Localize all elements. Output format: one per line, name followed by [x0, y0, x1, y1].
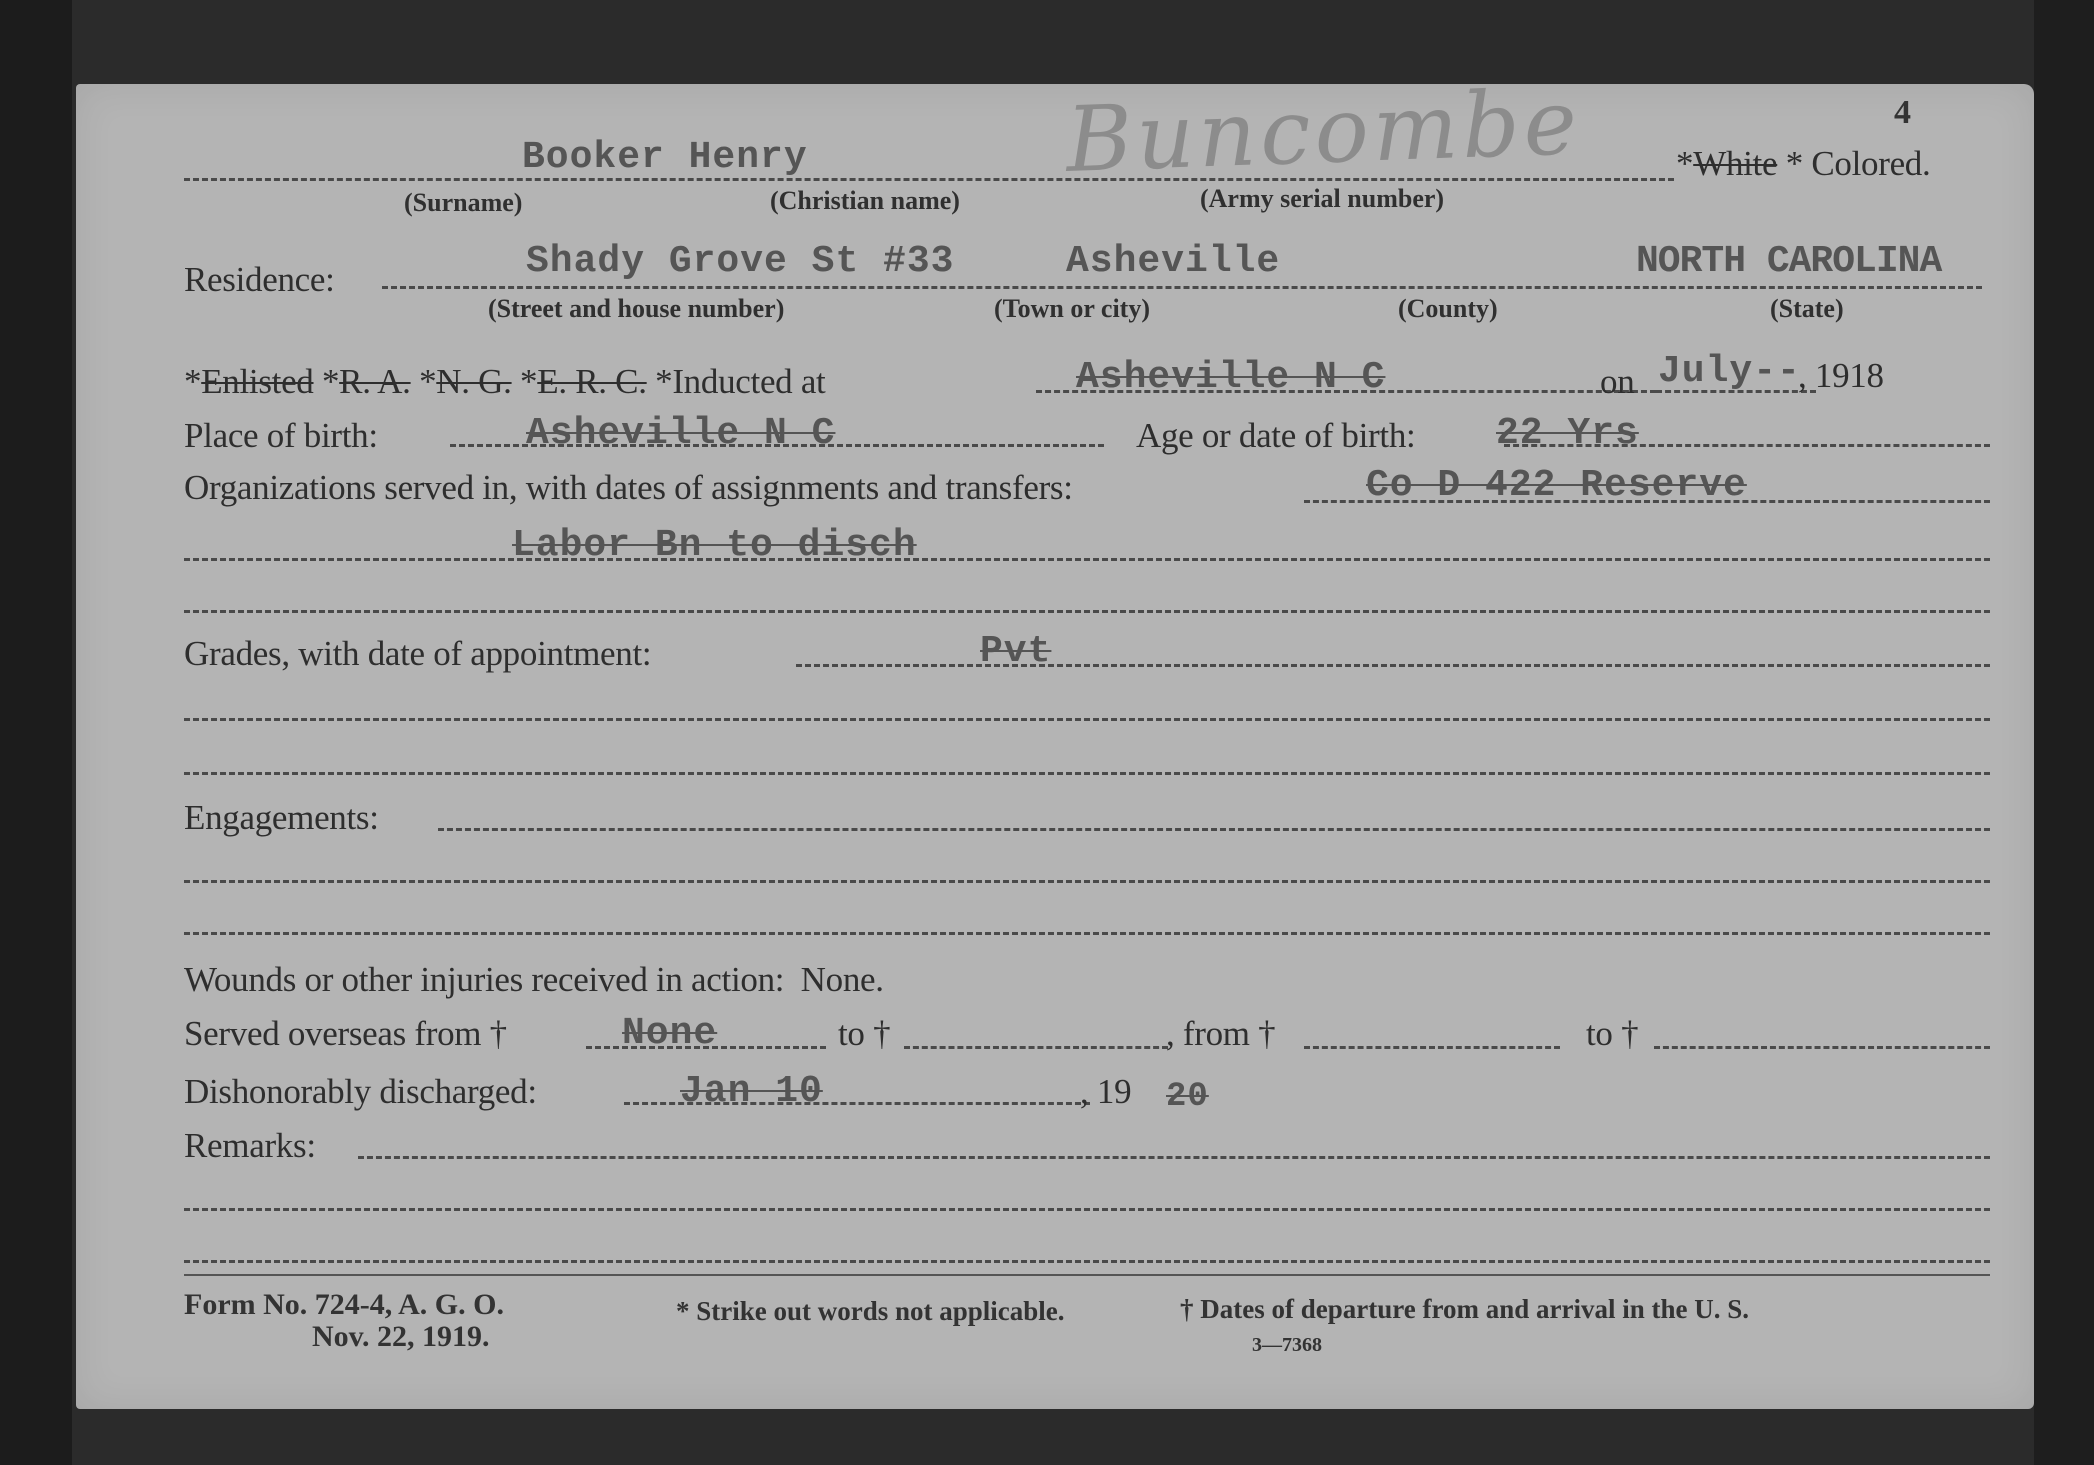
surname-caption: (Surname): [404, 188, 522, 218]
print-code: 3—7368: [1252, 1334, 1322, 1357]
enlistment-options: *Enlisted *R. A. *N. G. *E. R. C. *Induc…: [184, 362, 825, 402]
card-number: 4: [1894, 94, 1911, 132]
place-of-birth-label: Place of birth:: [184, 416, 378, 456]
grades-line1: [796, 664, 1990, 667]
town-caption: (Town or city): [994, 294, 1150, 324]
footer-rule: [184, 1274, 1990, 1276]
remarks-line3: [184, 1260, 1990, 1263]
overseas-from-line: [586, 1046, 826, 1049]
wounds-value: None.: [801, 960, 884, 999]
age-value: 22 Yrs: [1496, 412, 1639, 455]
race-white-struck: White: [1693, 144, 1777, 183]
form-date: Nov. 22, 1919.: [312, 1320, 490, 1354]
scan-right-border: [2034, 0, 2094, 1465]
state-caption: (State): [1770, 294, 1844, 324]
serial-number-caption: (Army serial number): [1200, 184, 1444, 214]
organizations-line1-rule: [1304, 500, 1990, 503]
street-caption: (Street and house number): [488, 294, 784, 324]
grades-line3: [184, 772, 1990, 775]
inducted-line: [1036, 390, 1656, 393]
remarks-line1: [358, 1156, 1990, 1159]
discharge-year-suffix: 20: [1166, 1078, 1209, 1116]
overseas-to-line: [904, 1046, 1168, 1049]
age-line: [1504, 444, 1990, 447]
discharge-year-prefix: , 19: [1080, 1072, 1131, 1112]
race-colored: Colored.: [1811, 144, 1930, 183]
overseas-from-label: Served overseas from †: [184, 1014, 507, 1054]
name-line: [184, 178, 1674, 181]
scan-left-border: [0, 0, 72, 1465]
remarks-label: Remarks:: [184, 1126, 316, 1166]
engagements-label: Engagements:: [184, 798, 379, 838]
residence-state: NORTH CAROLINA: [1636, 240, 1941, 283]
overseas-from2-line: [1304, 1046, 1560, 1049]
overseas-to2-label: to †: [1586, 1014, 1638, 1054]
induction-date: July--: [1658, 350, 1801, 393]
handwritten-county: Buncombe: [1064, 70, 1582, 193]
county-caption: (County): [1398, 294, 1498, 324]
strike-out-note: * Strike out words not applicable.: [676, 1296, 1065, 1327]
typed-name: Booker Henry: [522, 136, 808, 179]
remarks-line2: [184, 1208, 1990, 1211]
discharge-date: Jan 10: [680, 1070, 823, 1113]
overseas-from2-label: , from †: [1166, 1014, 1275, 1054]
overseas-to-label: to †: [838, 1014, 890, 1054]
discharge-date-line: [624, 1102, 1090, 1105]
residence-street: Shady Grove St #33: [526, 240, 954, 283]
overseas-to2-line: [1654, 1046, 1990, 1049]
place-of-birth-line: [450, 444, 1104, 447]
form-number: Form No. 724-4, A. G. O.: [184, 1288, 504, 1322]
residence-line: [382, 286, 1982, 289]
dagger-note: † Dates of departure from and arrival in…: [1180, 1294, 1749, 1325]
christian-name-caption: (Christian name): [770, 186, 960, 216]
service-record-card: 4 Booker Henry Buncombe *White * Colored…: [76, 84, 2034, 1409]
age-label: Age or date of birth:: [1136, 416, 1415, 456]
place-of-birth-value: Asheville N C: [526, 412, 835, 455]
race-options: *White * Colored.: [1676, 144, 1930, 184]
residence-label: Residence:: [184, 260, 335, 300]
organizations-label: Organizations served in, with dates of a…: [184, 468, 1073, 508]
grades-label: Grades, with date of appointment:: [184, 634, 651, 674]
wounds-label: Wounds or other injuries received in act…: [184, 960, 884, 1000]
organizations-line3-rule: [184, 610, 1990, 613]
organizations-line2-rule: [184, 558, 1990, 561]
engagements-line2: [184, 880, 1990, 883]
residence-town: Asheville: [1066, 240, 1280, 283]
induction-year: , 1918: [1798, 356, 1884, 396]
grades-line2: [184, 718, 1990, 721]
discharge-label: Dishonorably discharged:: [184, 1072, 537, 1112]
induction-date-line: [1656, 390, 1816, 393]
on-label: on: [1600, 362, 1634, 402]
engagements-line3: [184, 932, 1990, 935]
engagements-line1: [438, 828, 1990, 831]
